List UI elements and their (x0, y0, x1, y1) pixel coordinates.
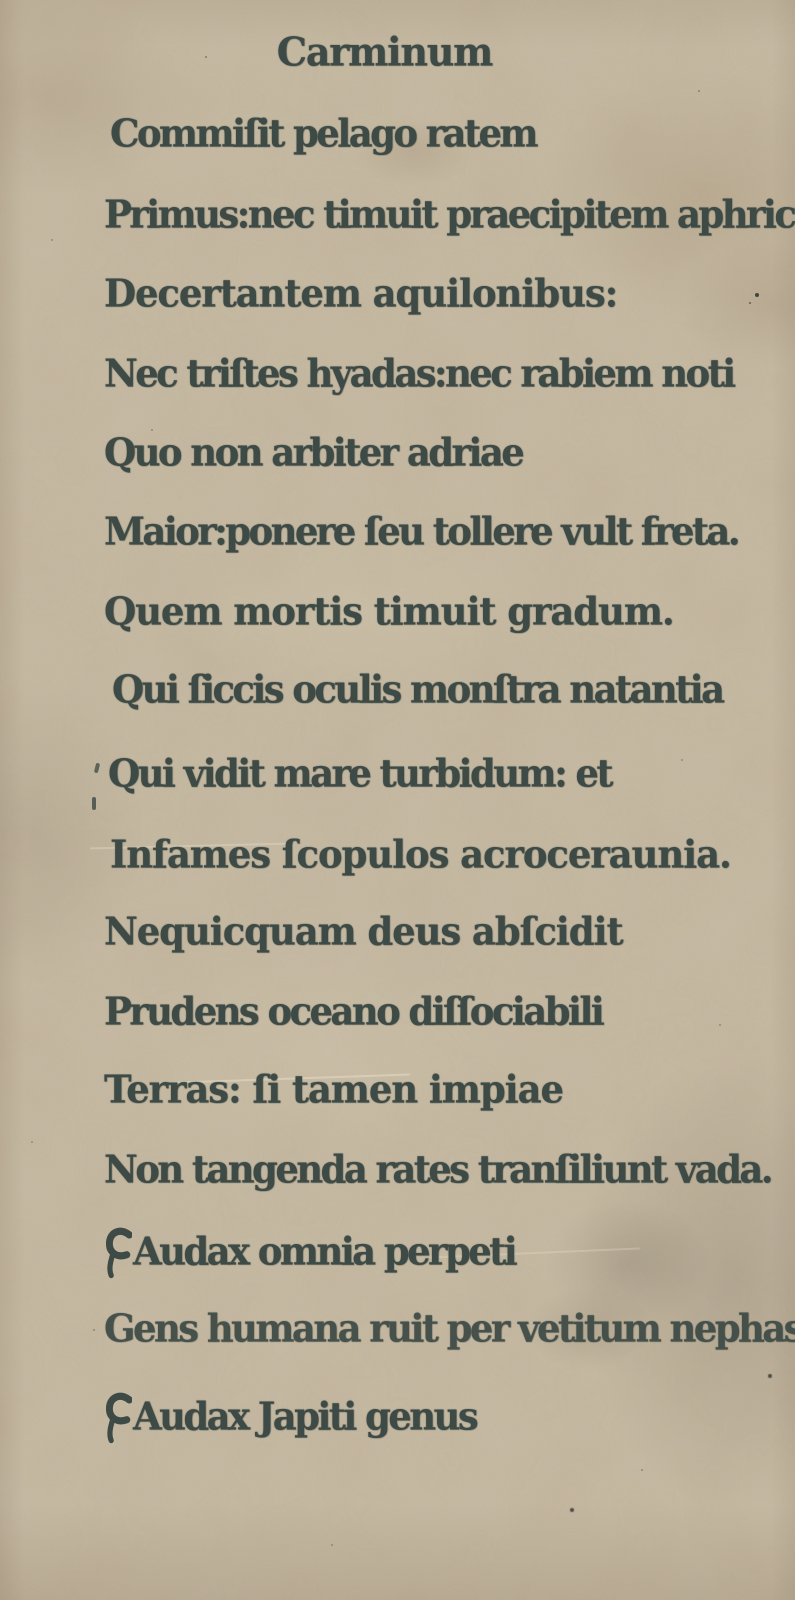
verse-text: Audax Japiti genus (133, 1393, 476, 1439)
verse-line: Qui ſiccis oculis monſtra natantia (112, 666, 722, 712)
foxing-specks (0, 0, 4, 4)
verse-line: Commiſit pelago ratem (110, 110, 536, 156)
paper-grain-texture (0, 0, 795, 1600)
verse-line: Terras: ſi tamen impiae (104, 1066, 563, 1112)
paper-mottle-texture (0, 0, 795, 1600)
verse-line: Audax omnia perpeti (112, 1225, 515, 1279)
verse-text: Audax omnia perpeti (133, 1228, 515, 1274)
manuscript-page: Carminum Commiſit pelago ratem Primus:ne… (0, 0, 795, 1600)
verse-line: Non tangenda rates tranſiliunt vada. (104, 1146, 771, 1192)
running-title: Carminum (0, 28, 769, 75)
verse-line: Nequicquam deus abſcidit (104, 908, 622, 954)
verse-line: Infames ſcopulos acroceraunia. (110, 831, 731, 877)
verse-line: Nec triſtes hyadas:nec rabiem noti (104, 350, 734, 396)
verse-line: Audax Japiti genus (112, 1390, 476, 1444)
verse-line: Quem mortis timuit gradum. (104, 588, 674, 634)
verse-line: Qui vidit mare turbidum: et (108, 750, 611, 796)
stray-ink-mark (94, 763, 100, 774)
verse-line: Primus:nec timuit praecipitem aphricum (104, 191, 795, 237)
stray-ink-tick (92, 797, 96, 810)
verse-line: Quo non arbiter adriae (104, 429, 522, 475)
verse-line: Decertantem aquilonibus: (104, 270, 617, 316)
capitulum-mark-icon (106, 1390, 132, 1444)
verse-line: Maior:ponere ſeu tollere vult freta. (104, 508, 738, 554)
capitulum-mark-icon (106, 1225, 132, 1279)
verse-line: Prudens oceano diſſociabili (104, 988, 602, 1034)
verse-line: Gens humana ruit per vetitum nephas. (104, 1305, 795, 1351)
